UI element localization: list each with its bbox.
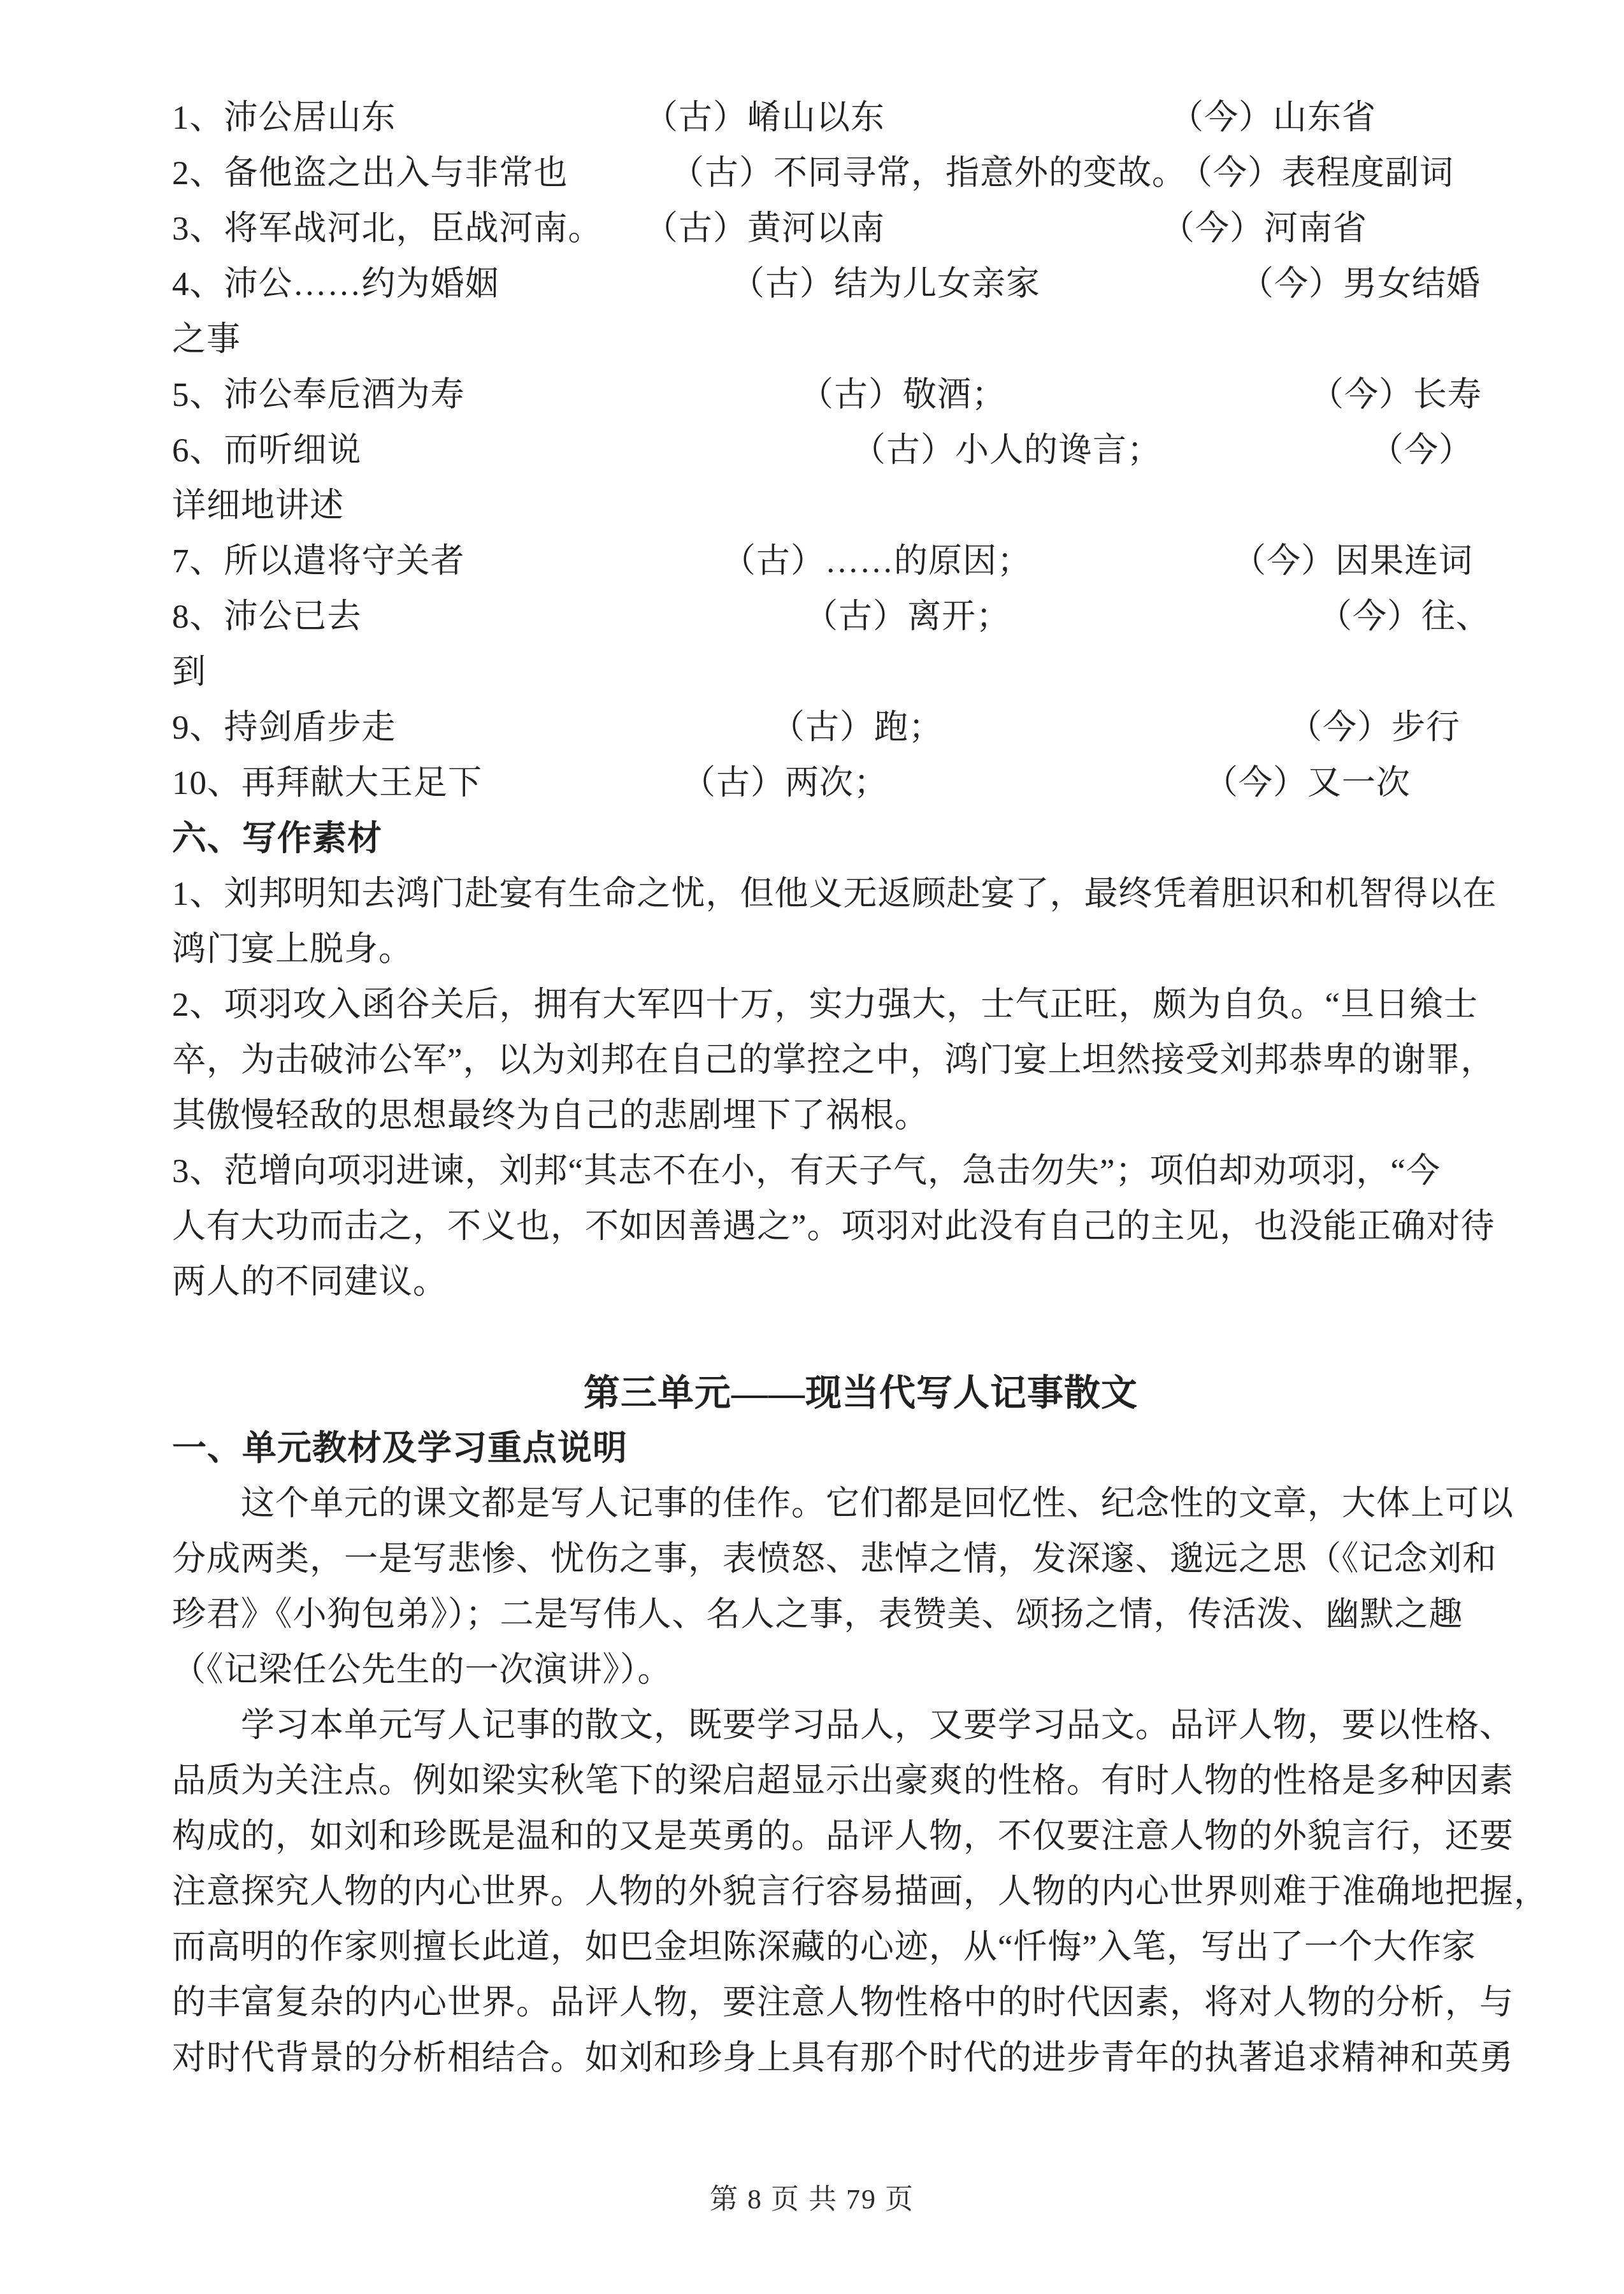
glossary-term: 6、而听细说	[172, 432, 362, 469]
glossary-ancient-meaning: （古）结为儿女亲家	[731, 257, 1040, 312]
text-line: 的丰富复杂的内心世界。品评人物，要注意人物性格中的时代因素，将对人物的分析，与	[172, 1975, 1549, 2031]
glossary-row: 4、沛公……约为婚姻 （古）结为儿女亲家 （今）男女结婚	[172, 257, 1549, 312]
glossary-modern-meaning: （今）因果连词	[1232, 534, 1473, 589]
glossary-ancient-meaning: （古）崤山以东	[644, 90, 885, 146]
glossary-ancient-meaning: （古）小人的谗言；	[852, 423, 1161, 479]
glossary-modern-meaning: （今）山东省	[1170, 90, 1376, 146]
text-line: 而高明的作家则擅长此道，如巴金坦陈深藏的心迹，从“忏悔”入笔，写出了一个大作家	[172, 1920, 1549, 1975]
writing-material-item-1: 1、刘邦明知去鸿门赴宴有生命之忧，但他义无返顾赴宴了，最终凭着胆识和机智得以在鸿…	[172, 867, 1549, 977]
page-content: 1、沛公居山东 （古）崤山以东 （今）山东省 2、备他盗之出入与非常也 （古）不…	[172, 90, 1549, 2086]
glossary-term: 2、备他盗之出入与非常也	[172, 155, 568, 192]
text-line: 2、项羽攻入函谷关后，拥有大军四十万，实力强大，士气正旺，颇为自负。“旦日飨士	[172, 977, 1549, 1033]
glossary-ancient-meaning: （古）……的原因；	[722, 534, 1031, 589]
glossary-term: 5、沛公奉卮酒为寿	[172, 377, 465, 414]
glossary-row: 6、而听细说 （古）小人的谗言； （今）	[172, 423, 1549, 479]
page-footer: 第 8 页 共 79 页	[0, 2181, 1624, 2219]
text-line: 珍君》《小狗包弟》）；二是写伟人、名人之事，表赞美、颂扬之情，传活泼、幽默之趣	[172, 1587, 1549, 1643]
glossary-modern-meaning: （今）往、	[1318, 589, 1490, 645]
text-line: 人有大功而击之，不义也，不如因善遇之”。项羽对此没有自己的主见，也没能正确对待	[172, 1199, 1549, 1255]
glossary-term: 9、持剑盾步走	[172, 709, 396, 746]
text-line: 注意探究人物的内心世界。人物的外貌言行容易描画，人物的内心世界则难于准确地把握，	[172, 1865, 1549, 1920]
glossary-row: 3、将军战河北，臣战河南。 （古）黄河以南 （今）河南省	[172, 201, 1549, 257]
glossary-modern-meaning: （今）	[1370, 423, 1473, 479]
unit-intro-paragraph-2: 学习本单元写人记事的散文，既要学习品人，又要学习品文。品评人物，要以性格、品质为…	[172, 1698, 1549, 2086]
glossary-ancient-meaning: （古）离开；	[804, 589, 1010, 645]
glossary-ancient-meaning: （古）两次；	[682, 756, 888, 811]
glossary-continuation-line: 详细地讲述	[172, 479, 1549, 534]
glossary-modern-meaning: （今）长寿	[1310, 368, 1482, 423]
glossary-ancient-meaning: （古）跑；	[771, 700, 943, 756]
text-line: 品质为关注点。例如梁实秋笔下的梁启超显示出豪爽的性格。有时人物的性格是多种因素	[172, 1754, 1549, 1809]
glossary-ancient-meaning: （古）黄河以南	[644, 201, 885, 257]
writing-material-item-3: 3、范增向项羽进谏，刘邦“其志不在小，有天子气，急击勿失”；项伯却劝项羽，“今人…	[172, 1144, 1549, 1310]
glossary-ancient-meaning: （古）不同寻常，指意外的变故。	[670, 146, 1186, 201]
glossary-continuation-line: 之事	[172, 312, 1549, 368]
glossary-row: 5、沛公奉卮酒为寿 （古）敬酒； （今）长寿	[172, 368, 1549, 423]
glossary-term: 1、沛公居山东	[172, 99, 396, 136]
glossary-row: 2、备他盗之出入与非常也 （古）不同寻常，指意外的变故。 （今）表程度副词	[172, 146, 1549, 201]
document-page: 1、沛公居山东 （古）崤山以东 （今）山东省 2、备他盗之出入与非常也 （古）不…	[0, 0, 1624, 2294]
glossary-modern-meaning: （今）河南省	[1161, 201, 1367, 257]
text-line: 3、范增向项羽进谏，刘邦“其志不在小，有天子气，急击勿失”；项伯却劝项羽，“今	[172, 1144, 1549, 1199]
text-line: 学习本单元写人记事的散文，既要学习品人，又要学习品文。品评人物，要以性格、	[172, 1698, 1549, 1754]
unit-title: 第三单元——现当代写人记事散文	[172, 1366, 1549, 1421]
text-line: 构成的，如刘和珍既是温和的又是英勇的。品评人物，不仅要注意人物的外貌言行，还要	[172, 1809, 1549, 1865]
glossary-row: 1、沛公居山东 （古）崤山以东 （今）山东省	[172, 90, 1549, 146]
page-number-label: 第 8 页 共 79 页	[710, 2184, 914, 2215]
text-line: 其傲慢轻敌的思想最终为自己的悲剧埋下了祸根。	[172, 1088, 1549, 1144]
unit-intro-paragraph-1: 这个单元的课文都是写人记事的佳作。它们都是回忆性、纪念性的文章，大体上可以分成两…	[172, 1476, 1549, 1698]
ancient-modern-glossary: 1、沛公居山东 （古）崤山以东 （今）山东省 2、备他盗之出入与非常也 （古）不…	[172, 90, 1549, 811]
unit-subheading: 一、单元教材及学习重点说明	[172, 1421, 1549, 1476]
glossary-continuation-line: 到	[172, 645, 1549, 700]
glossary-term: 10、再拜献大王足下	[172, 765, 482, 802]
text-line: 卒，为击破沛公军”，以为刘邦在自己的掌控之中，鸿门宴上坦然接受刘邦恭卑的谢罪，	[172, 1033, 1549, 1088]
text-line: （《记梁任公先生的一次演讲》）。	[172, 1643, 1549, 1698]
glossary-term: 7、所以遣将守关者	[172, 543, 465, 580]
glossary-term: 4、沛公……约为婚姻	[172, 266, 499, 303]
glossary-row: 8、沛公已去 （古）离开； （今）往、	[172, 589, 1549, 645]
glossary-row: 9、持剑盾步走 （古）跑； （今）步行	[172, 700, 1549, 756]
writing-material-item-2: 2、项羽攻入函谷关后，拥有大军四十万，实力强大，士气正旺，颇为自负。“旦日飨士卒…	[172, 977, 1549, 1144]
text-line: 这个单元的课文都是写人记事的佳作。它们都是回忆性、纪念性的文章，大体上可以	[172, 1476, 1549, 1532]
glossary-modern-meaning: （今）表程度副词	[1179, 146, 1454, 201]
glossary-modern-meaning: （今）男女结婚	[1240, 257, 1481, 312]
glossary-ancient-meaning: （古）敬酒；	[800, 368, 1006, 423]
text-line: 对时代背景的分析相结合。如刘和珍身上具有那个时代的进步青年的执著追求精神和英勇	[172, 2031, 1549, 2086]
glossary-modern-meaning: （今）步行	[1288, 700, 1460, 756]
section-heading-writing-materials: 六、写作素材	[172, 811, 1549, 867]
glossary-row: 7、所以遣将守关者 （古）……的原因； （今）因果连词	[172, 534, 1549, 589]
glossary-row: 10、再拜献大王足下 （古）两次； （今）又一次	[172, 756, 1549, 811]
text-line: 1、刘邦明知去鸿门赴宴有生命之忧，但他义无返顾赴宴了，最终凭着胆识和机智得以在	[172, 867, 1549, 922]
text-line: 鸿门宴上脱身。	[172, 922, 1549, 977]
text-line: 分成两类，一是写悲惨、忧伤之事，表愤怒、悲悼之情，发深邃、邈远之思（《记念刘和	[172, 1532, 1549, 1587]
text-line: 两人的不同建议。	[172, 1255, 1549, 1310]
glossary-modern-meaning: （今）又一次	[1204, 756, 1411, 811]
glossary-term: 8、沛公已去	[172, 598, 362, 635]
glossary-term: 3、将军战河北，臣战河南。	[172, 210, 603, 247]
